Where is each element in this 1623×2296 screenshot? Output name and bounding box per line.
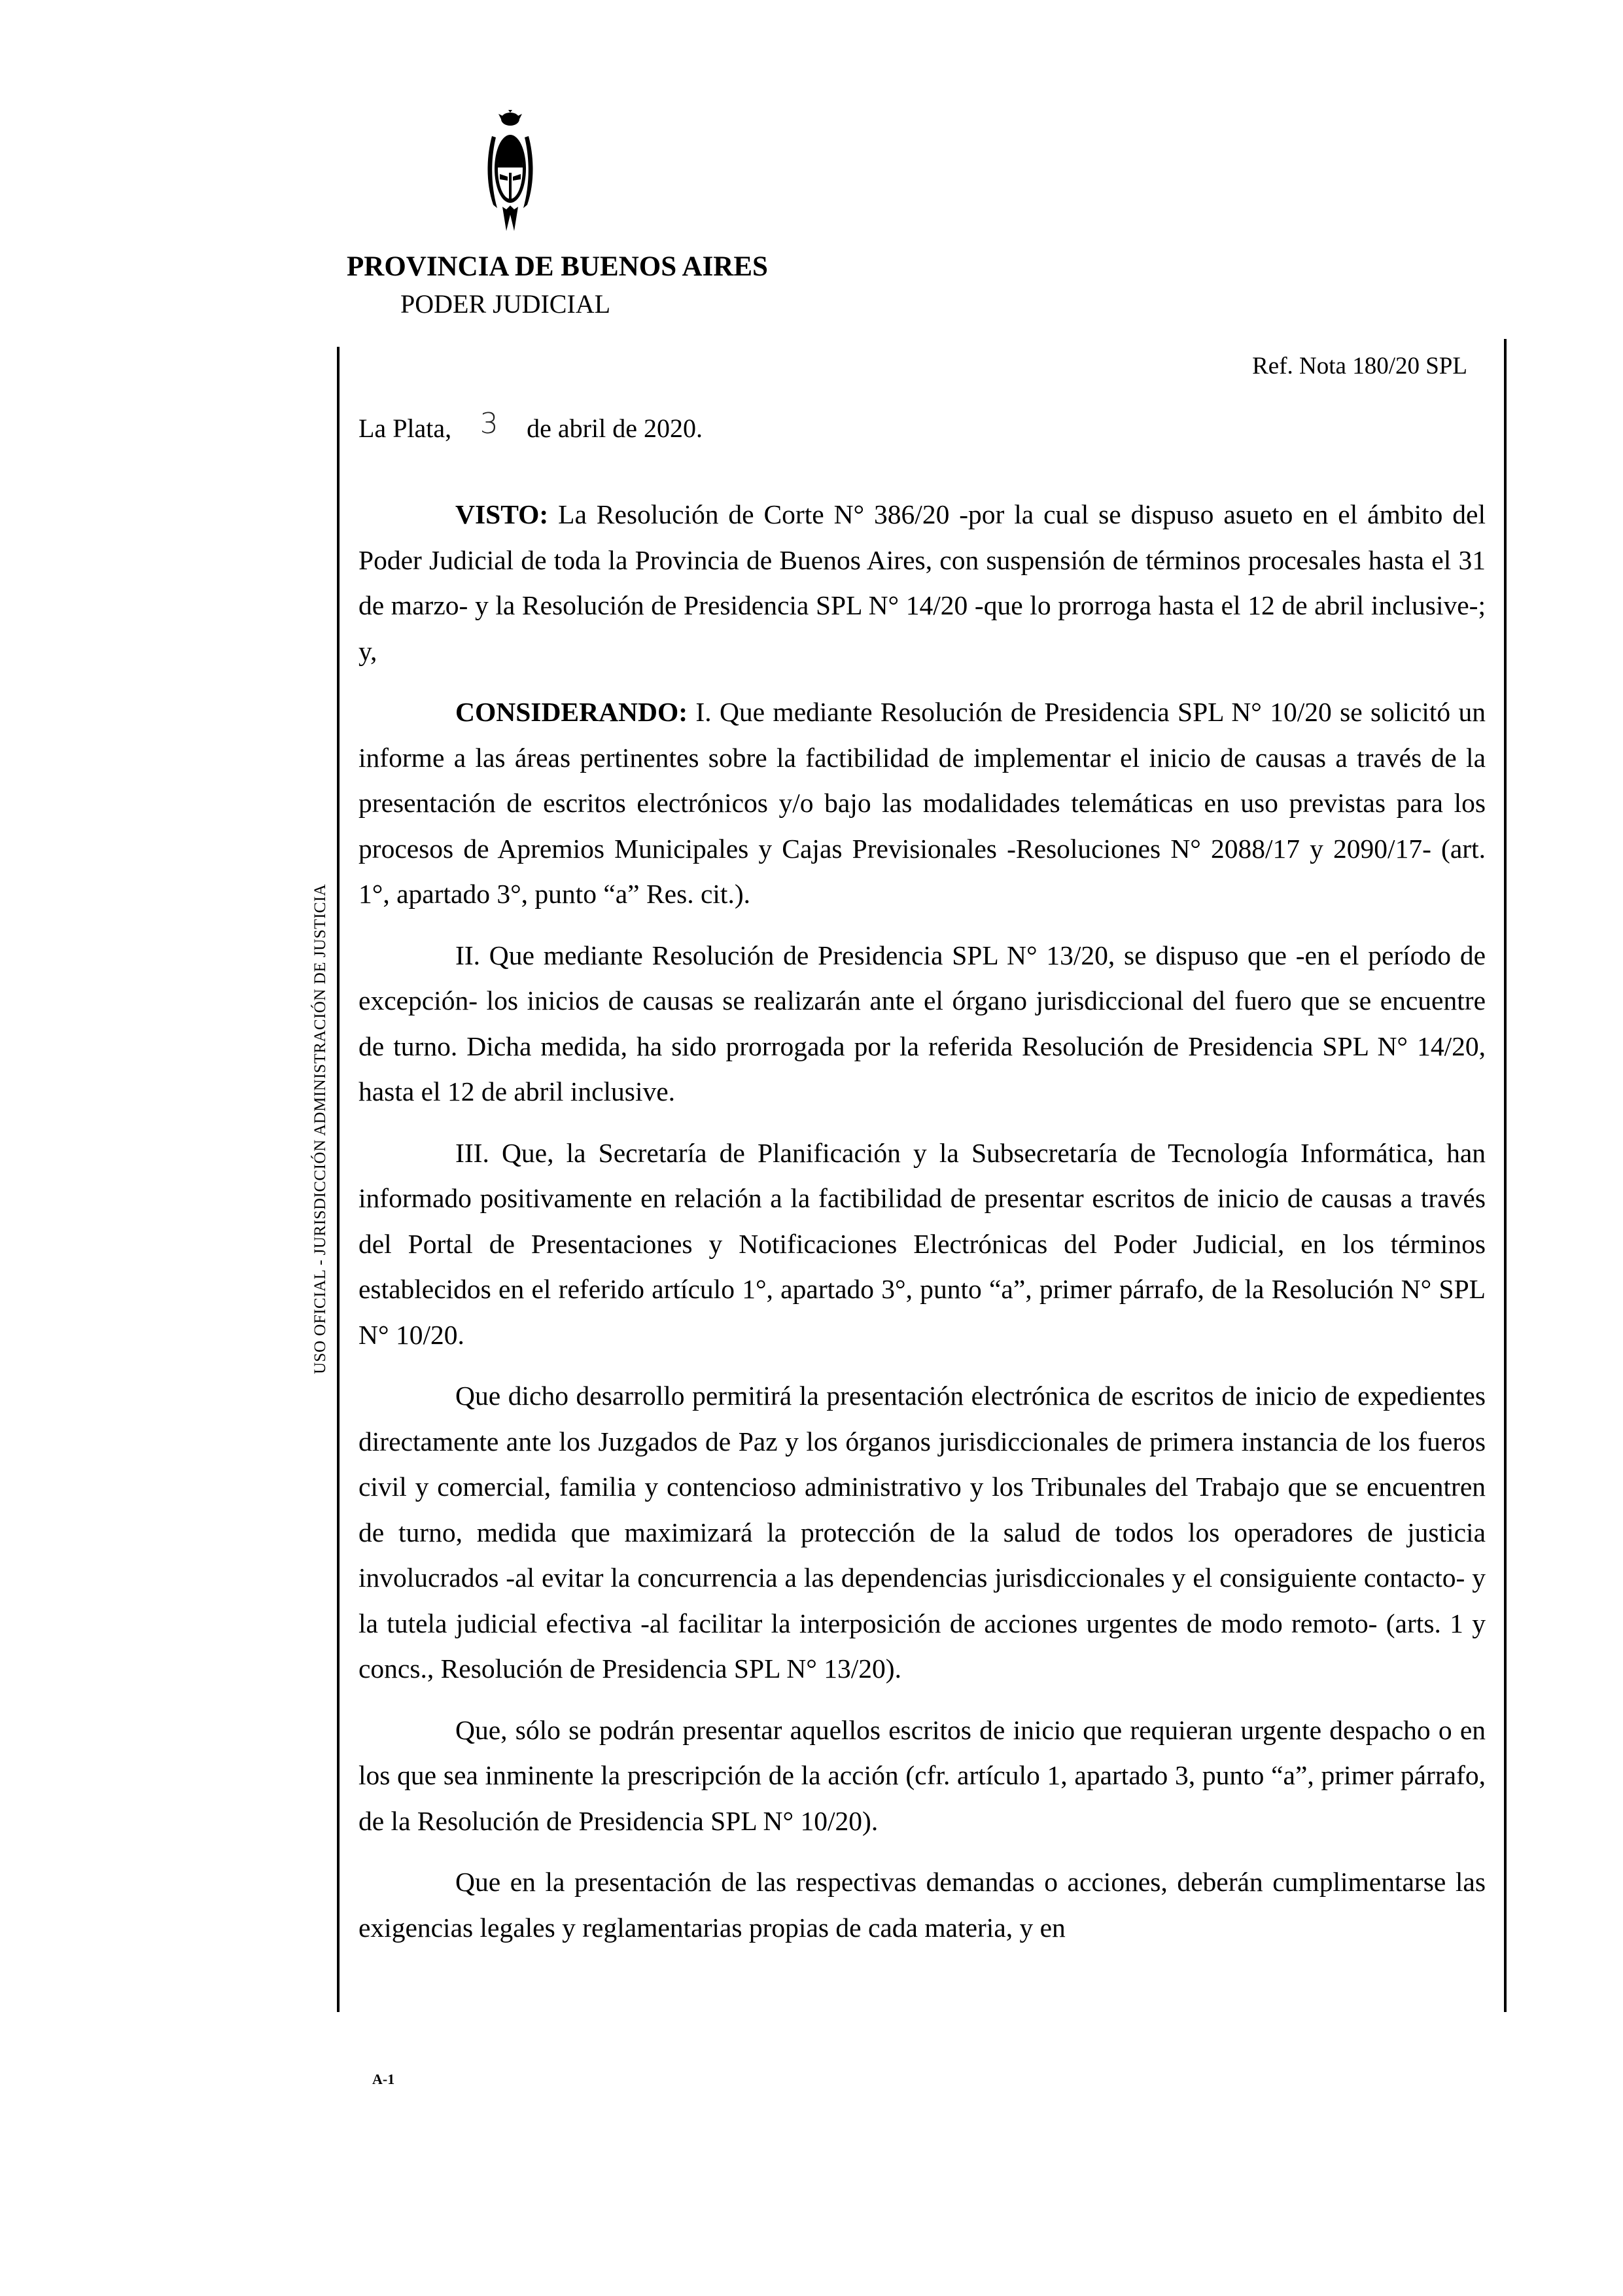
paragraph-visto: VISTO: La Resolución de Corte N° 386/20 … [358, 492, 1486, 674]
document-body: VISTO: La Resolución de Corte N° 386/20 … [358, 492, 1486, 1966]
paragraph-lead: CONSIDERANDO: [455, 697, 688, 727]
paragraph-text: II. Que mediante Resolución de Presidenc… [358, 940, 1486, 1107]
paragraph-text: Que dicho desarrollo permitirá la presen… [358, 1381, 1486, 1684]
paragraph-lead: VISTO: [455, 499, 548, 529]
paragraph-desarrollo: Que dicho desarrollo permitirá la presen… [358, 1373, 1486, 1692]
reference-note: Ref. Nota 180/20 SPL [1252, 352, 1467, 380]
paragraph-considerando-iii: III. Que, la Secretaría de Planificación… [358, 1131, 1486, 1358]
paragraph-text: Que en la presentación de las respectiva… [358, 1867, 1486, 1943]
paragraph-text: I. Que mediante Resolución de Presidenci… [358, 697, 1486, 909]
header-title: PROVINCIA DE BUENOS AIRES [347, 251, 768, 283]
paragraph-exigencias: Que en la presentación de las respectiva… [358, 1860, 1486, 1951]
date-place: La Plata, [358, 414, 451, 443]
date-line: La Plata, 3 de abril de 2020. [358, 411, 703, 444]
left-margin-rule [337, 347, 340, 2012]
date-month-year: de abril de 2020. [527, 414, 703, 443]
header-subtitle: PODER JUDICIAL [400, 289, 610, 319]
document-page: PROVINCIA DE BUENOS AIRES PODER JUDICIAL… [0, 0, 1623, 2296]
paragraph-considerando-i: CONSIDERANDO: I. Que mediante Resolución… [358, 690, 1486, 917]
paragraph-text: Que, sólo se podrán presentar aquellos e… [358, 1715, 1486, 1836]
margin-label: USO OFICIAL - JURISDICCIÓN ADMINISTRACIÓ… [311, 884, 330, 1374]
paragraph-text: III. Que, la Secretaría de Planificación… [358, 1138, 1486, 1350]
paragraph-escritos-urgentes: Que, sólo se podrán presentar aquellos e… [358, 1708, 1486, 1845]
right-margin-rule [1504, 339, 1507, 2012]
coat-of-arms-icon [484, 110, 536, 234]
paragraph-considerando-ii: II. Que mediante Resolución de Presidenc… [358, 933, 1486, 1115]
form-code: A-1 [372, 2071, 394, 2088]
date-day-handwritten: 3 [458, 407, 520, 440]
